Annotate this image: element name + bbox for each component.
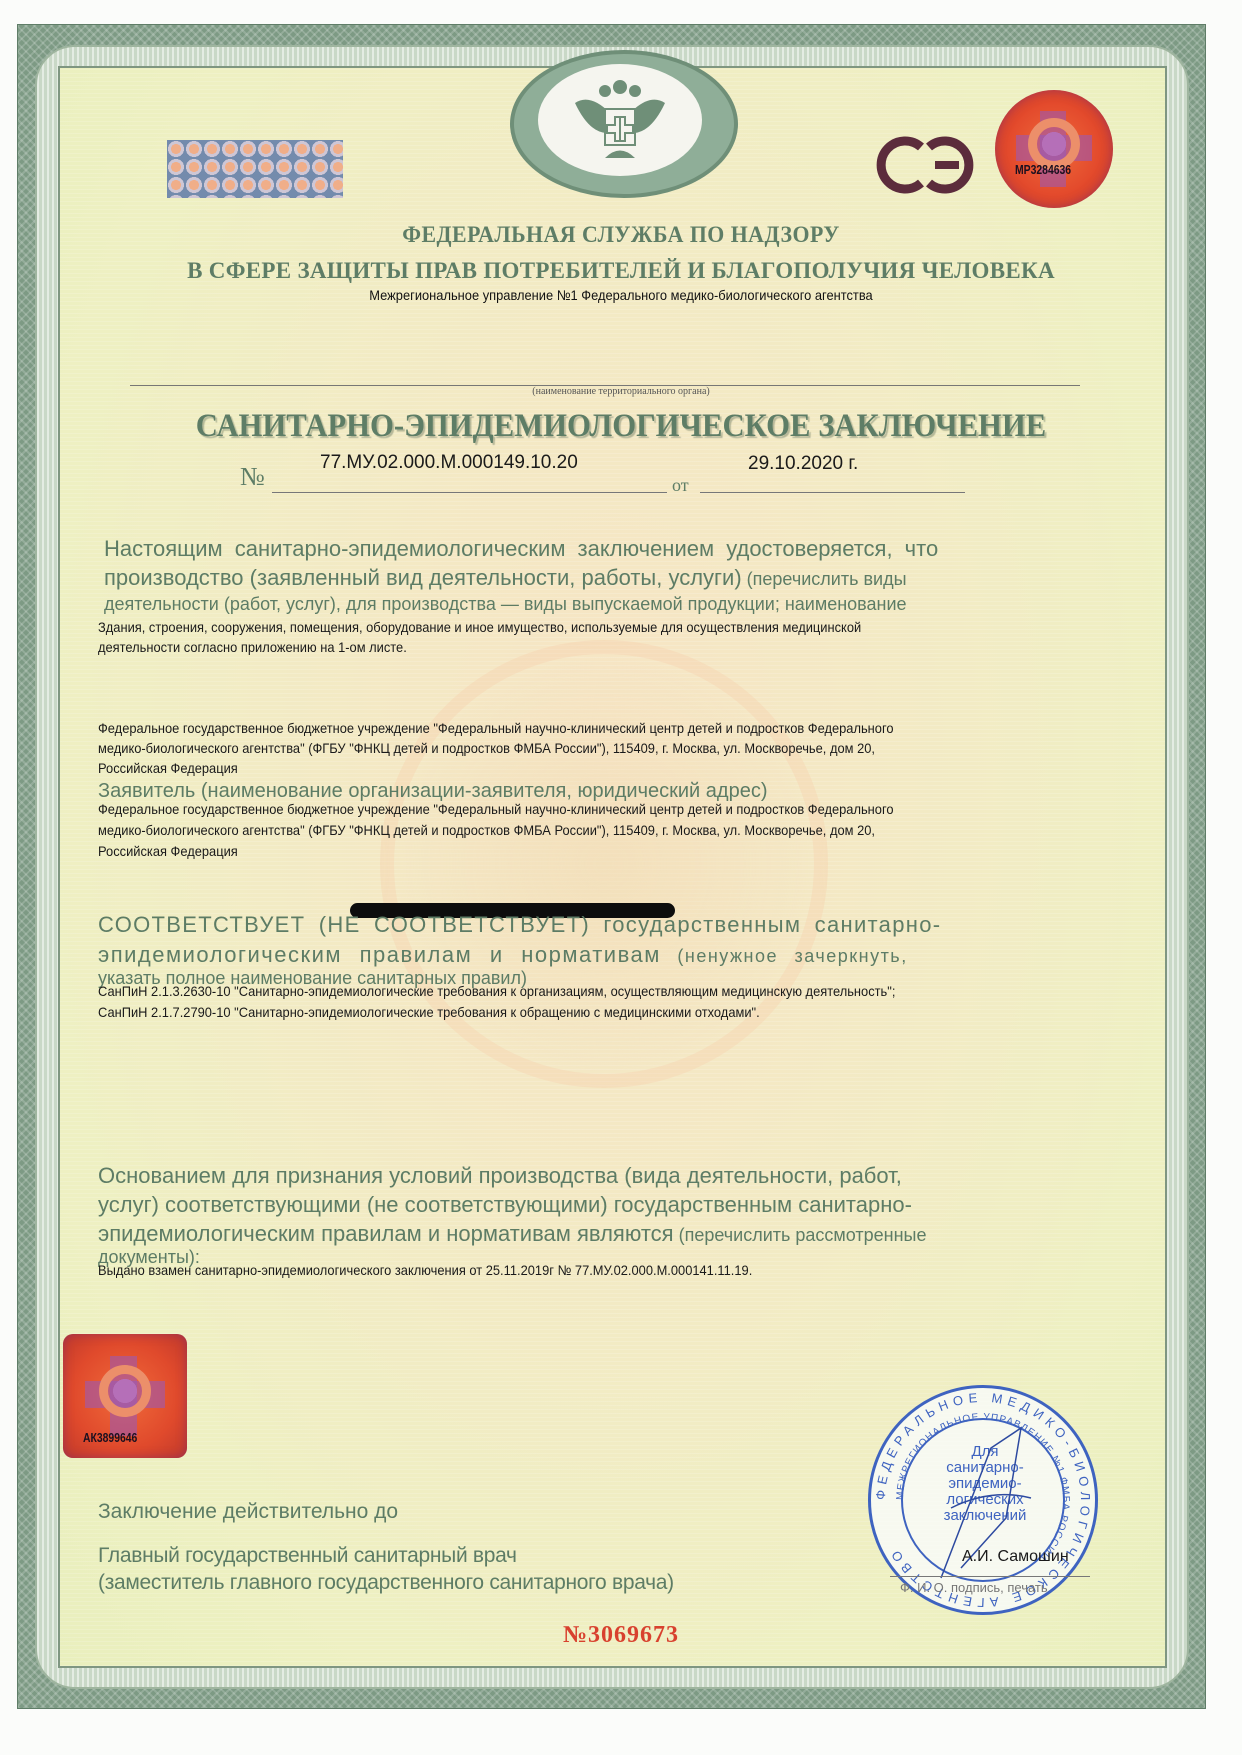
compliance-line1: СООТВЕТСТВУЕТ (НЕ СООТВЕТСТВУЕТ) государ… — [98, 912, 941, 938]
watermark-emblem — [380, 640, 828, 1088]
signer-name: А.И. Самошин — [962, 1548, 1069, 1566]
compliance-line2: эпидемиологическим правилам и нормативам — [98, 942, 661, 967]
applicant-fill-line2: медико-биологического агентства" (ФГБУ "… — [98, 822, 875, 838]
compliance-line2-hint: (ненужное зачеркнуть, — [661, 946, 908, 966]
activity-line1: Настоящим санитарно-эпидемиологическим з… — [104, 536, 938, 562]
applicant-fill-line3: Российская Федерация — [98, 843, 238, 859]
double-headed-eagle-emblem-icon — [510, 50, 730, 190]
ce-logo-icon — [873, 133, 977, 197]
sanitary-service-logo-icon — [99, 1365, 151, 1417]
activity-line2: производство (заявленный вид деятельност… — [104, 565, 742, 590]
signature-icon — [871, 1388, 1095, 1612]
basis-line2: услуг) соответствующими (не соответствую… — [98, 1192, 912, 1218]
hologram-seal-bottom: АК3899646 — [63, 1334, 187, 1458]
hologram-serial-bottom: АК3899646 — [83, 1430, 137, 1445]
basis-line3: эпидемиологическим правилам и нормативам… — [98, 1221, 674, 1246]
activity-line2-hint: (перечислить виды — [742, 569, 907, 589]
activity-fill-line2: деятельности согласно приложению на 1-ом… — [98, 639, 407, 655]
hologram-seal-top: МР3284636 — [995, 90, 1113, 208]
basis-fill-line1: Выдано взамен санитарно-эпидемиологическ… — [98, 1262, 752, 1278]
signature-rule — [890, 1576, 1090, 1577]
number-rule — [272, 492, 667, 493]
signature-caption: Ф. И. О. подпись, печать — [900, 1580, 1048, 1595]
signer-title-line2: (заместитель главного государственного с… — [98, 1571, 674, 1595]
activity-fill-line1: Здания, строения, сооружения, помещения,… — [98, 619, 861, 635]
date-label: от — [672, 475, 689, 496]
signer-title-line1: Главный государственный санитарный врач — [98, 1544, 517, 1568]
facility-fill-line1: Федеральное государственное бюджетное уч… — [98, 720, 894, 736]
agency-name-line2: В СФЕРЕ ЗАЩИТЫ ПРАВ ПОТРЕБИТЕЛЕЙ И БЛАГО… — [0, 258, 1242, 284]
applicant-label: Заявитель (наименование организации-заяв… — [98, 780, 767, 803]
agency-name-line1: ФЕДЕРАЛЬНАЯ СЛУЖБА ПО НАДЗОРУ — [31, 222, 1211, 248]
territorial-body-caption: (наименование территориального органа) — [0, 386, 1242, 397]
facility-fill-line3: Российская Федерация — [98, 760, 238, 776]
compliance-fill-line2: СанПиН 2.1.7.2790-10 "Санитарно-эпидемио… — [98, 1004, 760, 1020]
applicant-fill-line1: Федеральное государственное бюджетное уч… — [98, 801, 894, 817]
blank-serial-number: №3069673 — [0, 1622, 1242, 1649]
document-title: САНИТАРНО-ЭПИДЕМИОЛОГИЧЕСКОЕ ЗАКЛЮЧЕНИЕ — [43, 408, 1198, 445]
compliance-fill-line1: СанПиН 2.1.3.2630-10 "Санитарно-эпидемио… — [98, 983, 895, 999]
number-label: № — [240, 462, 265, 492]
hologram-serial-top: МР3284636 — [1015, 162, 1071, 177]
document-date: 29.10.2020 г. — [748, 453, 858, 475]
facility-fill-line2: медико-биологического агентства" (ФГБУ "… — [98, 740, 875, 756]
document-number: 77.МУ.02.000.М.000149.10.20 — [320, 452, 578, 474]
hologram-strip — [167, 140, 343, 198]
activity-line3: деятельности (работ, услуг), для произво… — [104, 594, 907, 615]
basis-line1: Основанием для признания условий произво… — [98, 1163, 902, 1189]
valid-until-label: Заключение действительно до — [98, 1500, 398, 1524]
date-rule — [700, 492, 965, 493]
basis-line3-hint: (перечислить рассмотренные — [674, 1225, 927, 1245]
territorial-body: Межрегиональное управление №1 Федерально… — [50, 287, 1193, 303]
